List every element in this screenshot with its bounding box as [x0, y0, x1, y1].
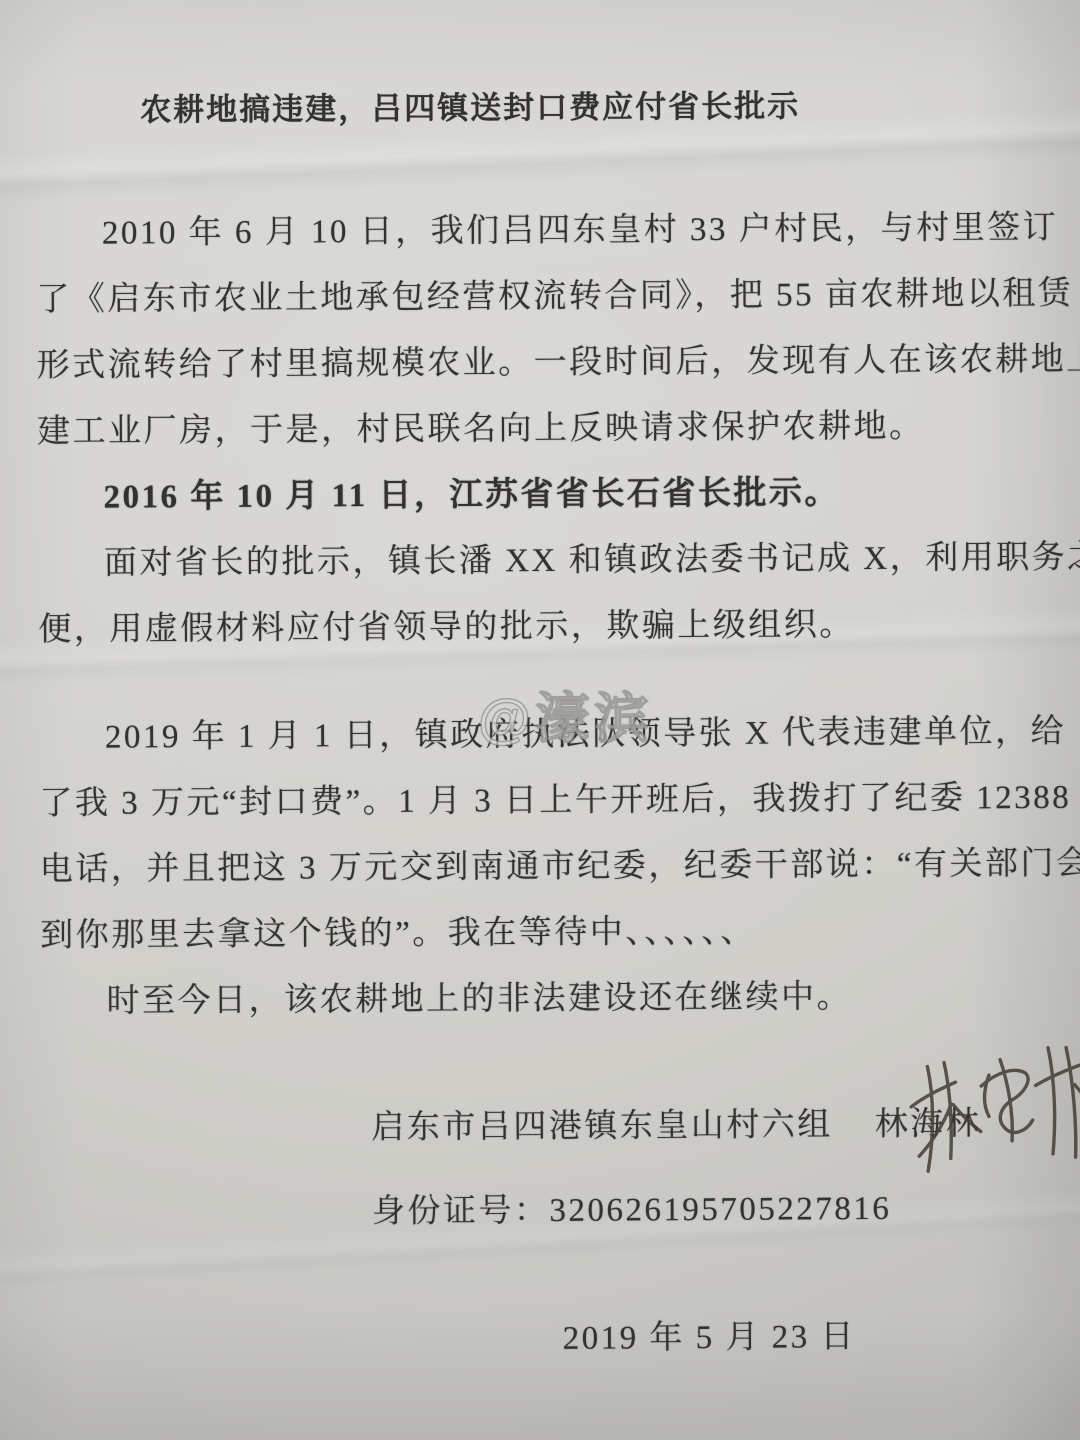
- paragraph-line: 到你那里去拿这个钱的”。我在等待中、、、、、、: [40, 897, 990, 969]
- document-title: 农耕地搞违建，吕四镇送封口费应付省长批示: [0, 84, 945, 134]
- paragraph-line: 面对省长的批示，镇长潘 XX 和镇政法委书记成 X，利用职务之: [38, 525, 988, 597]
- signer-address: 启东市吕四港镇东皇山村六组: [371, 1107, 833, 1146]
- paragraph-line: 便，用虚假材料应付省领导的批示，欺骗上级组织。: [38, 591, 988, 663]
- id-number: 320626195705227816: [549, 1191, 891, 1229]
- paragraph-line: 了《启东市农业土地承包经营权流转合同》，把 55 亩农耕地以租赁: [36, 261, 986, 333]
- paragraph-line: 了我 3 万元“封口费”。1 月 3 日上午开班后，我拨打了纪委 12388: [39, 765, 989, 837]
- paragraph-line: 建工业厂房，于是，村民联名向上反映请求保护农耕地。: [37, 393, 987, 465]
- id-row: 身份证号：320626195705227816: [372, 1175, 992, 1245]
- document-date: 2019 年 5 月 23 日: [562, 1303, 992, 1372]
- paragraph-line: 2010 年 6 月 10 日，我们吕四东皇村 33 户村民，与村里签订: [36, 195, 986, 267]
- paragraph-line: 2019 年 1 月 1 日，镇政府执法队领导张 X 代表违建单位，给: [39, 699, 989, 771]
- paragraph-line: 时至今日，该农耕地上的非法建设还在继续中。: [40, 963, 990, 1035]
- paragraph-line: 形式流转给了村里搞规模农业。一段时间后，发现有人在该农耕地上: [37, 327, 987, 399]
- document-page: 农耕地搞违建，吕四镇送封口费应付省长批示 2010 年 6 月 10 日，我们吕…: [0, 0, 1080, 1440]
- id-label: 身份证号：: [372, 1193, 550, 1230]
- bold-approval-line: 2016 年 10 月 11 日，江苏省省长石省长批示。: [37, 459, 987, 531]
- signature-row: 启东市吕四港镇东皇山村六组林海林: [371, 1091, 991, 1161]
- handwritten-signature-icon: [898, 1031, 1080, 1185]
- paragraph-line: 电话，并且把这 3 万元交到南通市纪委，纪委干部说：“有关部门会: [40, 831, 990, 903]
